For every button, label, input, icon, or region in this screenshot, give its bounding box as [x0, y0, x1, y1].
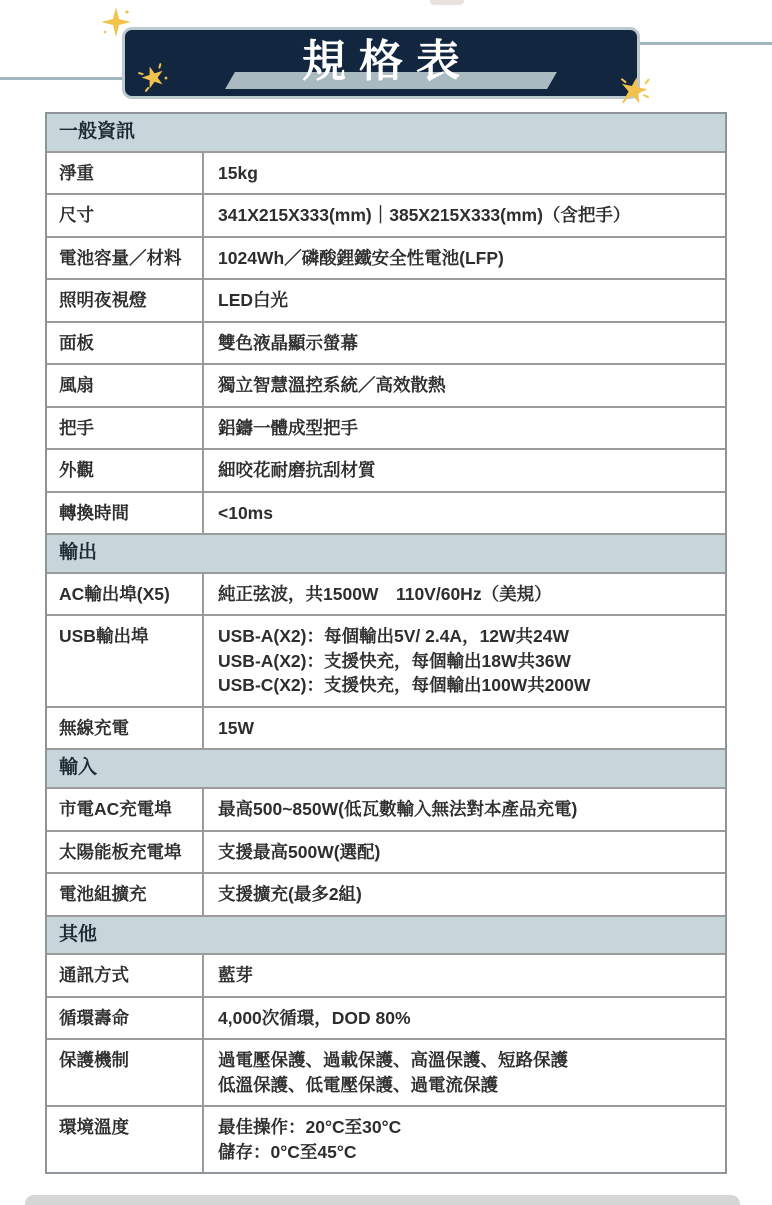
spec-row: 面板雙色液晶顯示螢幕	[47, 321, 725, 364]
spec-row: 通訊方式藍芽	[47, 953, 725, 996]
spec-row: 尺寸341X215X333(mm)｜385X215X333(mm)（含把手）	[47, 193, 725, 236]
spec-row: 電池組擴充支援擴充(最多2組)	[47, 872, 725, 915]
spec-label-cell: 電池容量／材料	[47, 238, 202, 279]
footer-band-decoration	[25, 1195, 740, 1205]
page-header: 規格表	[0, 0, 772, 112]
spec-label-cell: 電池組擴充	[47, 874, 202, 915]
title-banner: 規格表	[122, 27, 640, 99]
spec-value-cell: 過電壓保護、過載保護、高溫保護、短路保護 低溫保護、低電壓保護、過電流保護	[202, 1040, 725, 1105]
spec-row: AC輸出埠(X5)純正弦波，共1500W 110V/60Hz（美規）	[47, 572, 725, 615]
decor-line-left	[0, 77, 127, 80]
star-icon	[613, 69, 656, 112]
top-edge-decoration	[430, 0, 464, 5]
spec-label-cell: 市電AC充電埠	[47, 789, 202, 830]
spec-label-cell: 環境溫度	[47, 1107, 202, 1172]
spec-value-cell: 15W	[202, 708, 725, 749]
spec-value-cell: 最佳操作：20°C至30°C 儲存：0°C至45°C	[202, 1107, 725, 1172]
spec-label-cell: 尺寸	[47, 195, 202, 236]
spec-label-cell: 照明夜視燈	[47, 280, 202, 321]
decor-dot	[126, 46, 129, 49]
spec-value-cell: USB-A(X2)：每個輸出5V/ 2.4A，12W共24W USB-A(X2)…	[202, 616, 725, 706]
page-title: 規格表	[125, 40, 637, 84]
spec-label-cell: 轉換時間	[47, 493, 202, 534]
decor-line-right	[639, 42, 772, 45]
spec-row: 照明夜視燈LED白光	[47, 278, 725, 321]
spec-value-cell: 4,000次循環，DOD 80%	[202, 998, 725, 1039]
spec-row: 外觀細咬花耐磨抗刮材質	[47, 448, 725, 491]
spec-value-cell: 鋁鑄一體成型把手	[202, 408, 725, 449]
spec-label-cell: 循環壽命	[47, 998, 202, 1039]
spec-label-cell: 保護機制	[47, 1040, 202, 1105]
spec-value-cell: 細咬花耐磨抗刮材質	[202, 450, 725, 491]
spec-value-cell: 支援最高500W(選配)	[202, 832, 725, 873]
spec-value-cell: 1024Wh／磷酸鋰鐵安全性電池(LFP)	[202, 238, 725, 279]
spec-value-cell: 支援擴充(最多2組)	[202, 874, 725, 915]
spec-label-cell: AC輸出埠(X5)	[47, 574, 202, 615]
spec-value-cell: 獨立智慧溫控系統／高效散熱	[202, 365, 725, 406]
spec-row: 把手鋁鑄一體成型把手	[47, 406, 725, 449]
section-header: 一般資訊	[47, 114, 725, 151]
spec-label-cell: USB輸出埠	[47, 616, 202, 706]
spec-label-cell: 把手	[47, 408, 202, 449]
section-header: 輸出	[47, 533, 725, 572]
spec-label-cell: 通訊方式	[47, 955, 202, 996]
spec-table: 一般資訊淨重15kg尺寸341X215X333(mm)｜385X215X333(…	[45, 112, 727, 1174]
spec-value-cell: 15kg	[202, 153, 725, 194]
spec-value-cell: 雙色液晶顯示螢幕	[202, 323, 725, 364]
spec-row: 循環壽命4,000次循環，DOD 80%	[47, 996, 725, 1039]
section-header: 輸入	[47, 748, 725, 787]
spec-row: 市電AC充電埠最高500~850W(低瓦數輸入無法對本產品充電)	[47, 787, 725, 830]
spec-row: 無線充電15W	[47, 706, 725, 749]
spec-label-cell: 淨重	[47, 153, 202, 194]
spec-row: 環境溫度最佳操作：20°C至30°C 儲存：0°C至45°C	[47, 1105, 725, 1172]
spec-value-cell: LED白光	[202, 280, 725, 321]
spec-label-cell: 無線充電	[47, 708, 202, 749]
spec-row: 電池容量／材料1024Wh／磷酸鋰鐵安全性電池(LFP)	[47, 236, 725, 279]
spec-row: 風扇獨立智慧溫控系統／高效散熱	[47, 363, 725, 406]
section-header: 其他	[47, 915, 725, 954]
decor-dot	[129, 37, 133, 41]
spec-value-cell: 藍芽	[202, 955, 725, 996]
spec-label-cell: 太陽能板充電埠	[47, 832, 202, 873]
spec-value-cell: 最高500~850W(低瓦數輸入無法對本產品充電)	[202, 789, 725, 830]
spec-value-cell: 純正弦波，共1500W 110V/60Hz（美規）	[202, 574, 725, 615]
spec-value-cell: <10ms	[202, 493, 725, 534]
spec-label-cell: 風扇	[47, 365, 202, 406]
spec-label-cell: 外觀	[47, 450, 202, 491]
spec-value-cell: 341X215X333(mm)｜385X215X333(mm)（含把手）	[202, 195, 725, 236]
spec-row: 保護機制過電壓保護、過載保護、高溫保護、短路保護 低溫保護、低電壓保護、過電流保…	[47, 1038, 725, 1105]
spec-row: 太陽能板充電埠支援最高500W(選配)	[47, 830, 725, 873]
spec-row: 淨重15kg	[47, 151, 725, 194]
spec-row: 轉換時間<10ms	[47, 491, 725, 534]
sparkle-star-icon	[100, 6, 132, 38]
spec-row: USB輸出埠USB-A(X2)：每個輸出5V/ 2.4A，12W共24W USB…	[47, 614, 725, 706]
spec-label-cell: 面板	[47, 323, 202, 364]
